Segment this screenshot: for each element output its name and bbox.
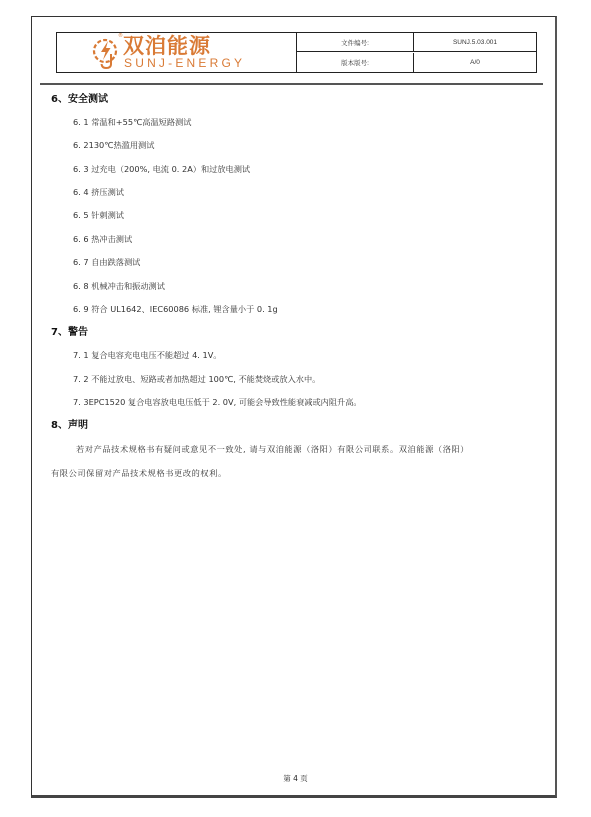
list-item: 6. 1 常温和+55℃高温短路测试 <box>73 117 191 127</box>
section-heading-safety-tests: 6、安全测试 <box>51 94 108 106</box>
doc-number-label: 文件编号: <box>297 33 414 52</box>
list-item: 6. 3 过充电（200%, 电流 0. 2A）和过放电测试 <box>73 164 250 174</box>
logo-name-chinese: 双洎能源 <box>123 35 211 57</box>
header-divider <box>40 83 543 85</box>
list-item: 6. 6 热冲击测试 <box>73 234 132 244</box>
page-number: 第 4 页 <box>0 773 591 784</box>
header-table: ® 双洎能源 SUNJ-ENERGY 文件编号: SUNJ.5.03.001 版… <box>56 32 537 73</box>
list-item: 6. 2130℃热滥用测试 <box>73 140 154 150</box>
list-item: 6. 8 机械冲击和振动测试 <box>73 281 165 291</box>
list-item: 6. 5 针刺测试 <box>73 210 124 220</box>
company-logo: ® 双洎能源 SUNJ-ENERGY <box>57 33 297 72</box>
section-heading-statement: 8、声明 <box>51 420 88 432</box>
list-item: 7. 3EPC1520 复合电容放电电压低于 2. 0V, 可能会导致性能衰减或… <box>73 397 362 407</box>
list-item: 6. 7 自由跌落测试 <box>73 257 140 267</box>
list-item: 7. 1 复合电容充电电压不能超过 4. 1V。 <box>73 350 222 360</box>
list-item: 7. 2 不能过放电、短路或者加热超过 100℃, 不能焚烧或放入水中。 <box>73 374 320 384</box>
section-heading-warnings: 7、警告 <box>51 327 88 339</box>
list-item: 6. 9 符合 UL1642、IEC60086 标准, 锂含量小于 0. 1g <box>73 304 278 314</box>
doc-number-value: SUNJ.5.03.001 <box>414 33 536 52</box>
list-item: 6. 4 挤压测试 <box>73 187 124 197</box>
lightning-logo-icon <box>91 36 121 70</box>
page-frame <box>31 16 557 798</box>
statement-paragraph-line2: 有限公司保留对产品技术规格书更改的权利。 <box>51 468 546 478</box>
version-value: A/0 <box>414 53 536 72</box>
statement-paragraph-line1: 若对产品技术规格书有疑问或意见不一致处, 请与双洎能源（洛阳）有限公司联系。双洎… <box>51 444 546 454</box>
version-label: 版本版号: <box>297 53 414 72</box>
logo-name-english: SUNJ-ENERGY <box>124 56 245 70</box>
